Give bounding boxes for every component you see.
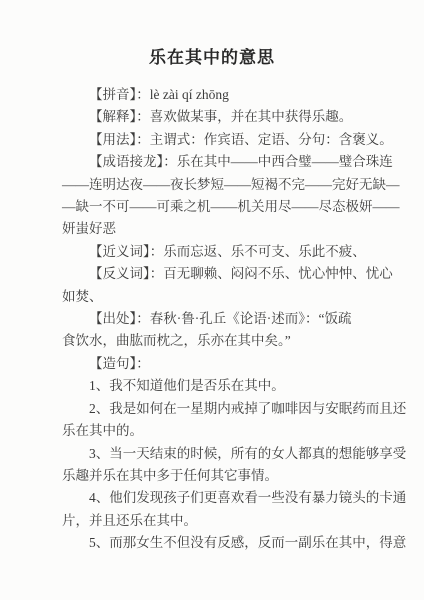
text-line: 【近义词】：乐而忘返、乐不可支、乐此不疲、 <box>62 241 363 263</box>
text-line: 4、他们发现孩子们更喜欢看一些没有暴力镜头的卡通 <box>62 487 363 509</box>
text-line: 片，并且还乐在其中。 <box>62 510 363 532</box>
text-line: 妍蚩好恶 <box>62 218 363 240</box>
text-line: 【成语接龙】：乐在其中——中西合璧——璧合珠连 <box>62 151 363 173</box>
text-line: —缺一不可——可乘之机——机关用尽——尽态极妍—— <box>62 196 363 218</box>
text-line: 3、当一天结束的时候，所有的女人都真的想能够享受 <box>62 443 363 465</box>
document-page: 乐在其中的意思 【拼音】：lè zài qí zhōng【解释】：喜欢做某事，并… <box>0 0 424 600</box>
text-line: 食饮水，曲肱而枕之，乐亦在其中矣。” <box>62 330 363 352</box>
page-title: 乐在其中的意思 <box>0 46 424 70</box>
text-line: 2、我是如何在一星期内戒掉了咖啡因与安眠药而且还 <box>62 398 363 420</box>
text-line: 【解释】：喜欢做某事，并在其中获得乐趣。 <box>62 106 363 128</box>
text-line: 乐趣并乐在其中多于任何其它事情。 <box>62 465 363 487</box>
text-line: ——连明达夜——夜长梦短——短褐不完——完好无缺— <box>62 174 363 196</box>
text-line: 如焚、 <box>62 286 363 308</box>
text-line: 乐在其中的。 <box>62 420 363 442</box>
text-line: 【拼音】：lè zài qí zhōng <box>62 84 363 106</box>
text-line: 【造句】： <box>62 353 363 375</box>
text-line: 5、而那女生不但没有反感，反而一副乐在其中，得意 <box>62 532 363 554</box>
text-line: 1、我不知道他们是否乐在其中。 <box>62 375 363 397</box>
text-line: 【用法】：主谓式：作宾语、定语、分句：含褒义。 <box>62 129 363 151</box>
text-line: 【出处】：春秋·鲁·孔丘《论语·述而》：“饭疏 <box>62 308 363 330</box>
text-line: 【反义词】：百无聊赖、闷闷不乐、忧心忡忡、忧心 <box>62 263 363 285</box>
document-body: 【拼音】：lè zài qí zhōng【解释】：喜欢做某事，并在其中获得乐趣。… <box>62 84 363 555</box>
